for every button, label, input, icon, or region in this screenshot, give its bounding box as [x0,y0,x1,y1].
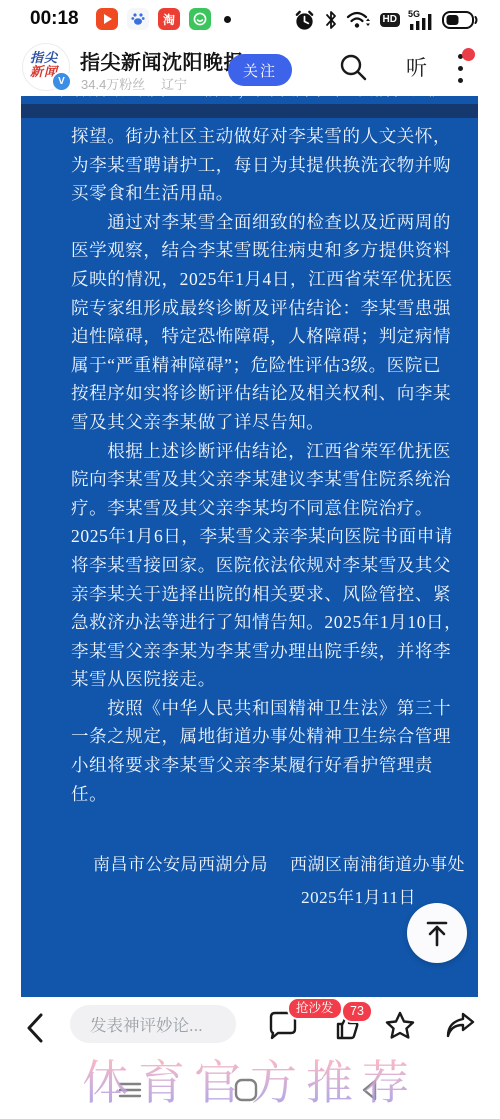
notification-red-dot [462,48,475,61]
like-count-badge: 73 [341,1000,373,1023]
status-icons: HD 5G [293,7,478,33]
video-app-icon [96,8,118,30]
doc-line: 李某雪父亲李某为李某雪办理出院手续，并将李 [71,637,436,666]
verified-badge-icon: V [51,71,72,92]
back-nav-icon[interactable] [357,1077,383,1103]
battery-icon [442,10,478,30]
doc-line: 买零食和生活用品。 [71,179,436,208]
doc-line: 一条之规定，属地街道办事处精神卫生综合管理 [71,722,436,751]
image-shadow-band [21,104,478,118]
listen-button[interactable]: 听 [406,52,427,82]
scroll-to-top-button[interactable] [407,903,467,963]
doc-line: 医学观察，结合李某雪既往病史和多方提供资料 [71,236,436,265]
comment-input[interactable]: 发表神评妙论... [70,1005,236,1043]
taobao-app-icon: 淘 [158,8,180,30]
arrow-up-icon [422,918,452,948]
search-icon[interactable] [338,52,368,82]
region-label: 辽宁 [161,77,187,92]
doc-line: 雪及其父亲李某做了详尽告知。 [71,408,436,437]
share-icon[interactable] [443,1009,477,1043]
doc-line: 急救济办法等进行了知情告知。2025年1月10日， [71,608,436,637]
comment-action-bar: 发表神评妙论... 抢沙发 73 [0,997,500,1059]
svg-text:5G: 5G [408,9,420,19]
favorite-star-icon[interactable] [383,1009,417,1043]
doc-line: 按程序如实将诊断评估结论及相关权利、向李某 [71,379,436,408]
doc-line: 通过对李某雪全面细致的检查以及近两周的 [71,208,436,237]
doc-line: 反映的情况，2025年1月4日，江西省荣军优抚医 [71,265,436,294]
home-nav-icon[interactable] [233,1077,259,1103]
notice-body: 探望。街办社区主动做好对李某雪的人文关怀，为李某雪聘请护工，每日为其提供换洗衣物… [21,118,478,808]
notice-image[interactable]: 巡查、陪伴疏导及心理辅导，其亲属李某5次前往医院 探望。街办社区主动做好对李某雪… [21,96,478,997]
signature-row: 南昌市公安局西湖分局西湖区南浦街道办事处 [21,850,478,875]
first-comment-badge: 抢沙发 [287,997,343,1020]
alarm-clock-icon [293,9,316,32]
notification-icons: 淘 [96,8,231,30]
follow-button[interactable]: 关注 [228,54,292,86]
doc-line: 为李某雪聘请护工，每日为其提供换洗衣物并购 [71,151,436,180]
doc-line: 某雪从医院接走。 [71,665,436,694]
doc-line: 迫性障碍，特定恐怖障碍，人格障碍；判定病情 [71,322,436,351]
hd-voice-icon: HD [380,13,400,27]
doc-line: 亲李某关于选择出院的相关要求、风险管控、紧 [71,580,436,609]
doc-line: 疗。李某雪及其父亲李某均不同意住院治疗。 [71,494,436,523]
clipped-text-row: 巡查、陪伴疏导及心理辅导，其亲属李某5次前往医院 [21,96,478,104]
back-button[interactable] [22,1011,48,1045]
bluetooth-icon [324,9,338,31]
doc-line: 根据上述诊断评估结论，江西省荣军优抚医 [71,437,436,466]
android-nav-bar [0,1059,500,1119]
baidu-app-icon [127,8,149,30]
status-bar: 00:18 淘 [0,0,500,40]
channel-subtitle: 34.4万粉丝 辽宁 [81,74,199,93]
doc-line: 将李某雪接回家。医院依法依规对李某雪及其父 [71,551,436,580]
clock-time: 00:18 [30,8,79,30]
doc-line: 院专家组形成最终诊断及评估结论：李某雪患强 [71,294,436,323]
doc-line: 小组将要求李某雪父亲李某履行好看护管理责 [71,751,436,780]
doc-line: 属于“严重精神障碍”；危险性评估3级。医院已 [71,351,436,380]
signature-org-left: 南昌市公安局西湖分局 [93,855,268,874]
signal-5g-icon: 5G [408,8,434,32]
signature-org-right: 西湖区南浦街道办事处 [290,855,465,874]
signature-date: 2025年1月11日 [21,883,478,908]
notification-dot-icon [224,16,231,23]
doc-line: 院向李某雪及其父亲李某建议李某雪住院系统治 [71,465,436,494]
channel-avatar[interactable]: 指尖 新闻 V [22,43,70,91]
screen: 00:18 淘 [0,0,500,1119]
channel-title[interactable]: 指尖新闻沈阳晚报 [80,46,244,75]
doc-line: 2025年1月6日，李某雪父亲李某向医院书面申请 [71,522,436,551]
wifi-icon [346,9,372,31]
channel-header: 指尖 新闻 V 指尖新闻沈阳晚报 34.4万粉丝 辽宁 关注 听 [0,40,500,96]
green-app-icon [189,8,211,30]
doc-line: 探望。街办社区主动做好对李某雪的人文关怀， [71,122,436,151]
doc-line: 任。 [71,780,436,809]
doc-line-clipped: 巡查、陪伴疏导及心理辅导，其亲属李某5次前往医院 [21,96,478,104]
followers-count: 34.4万粉丝 [81,77,145,92]
recents-nav-icon[interactable] [117,1077,143,1103]
doc-line: 按照《中华人民共和国精神卫生法》第三十 [71,694,436,723]
